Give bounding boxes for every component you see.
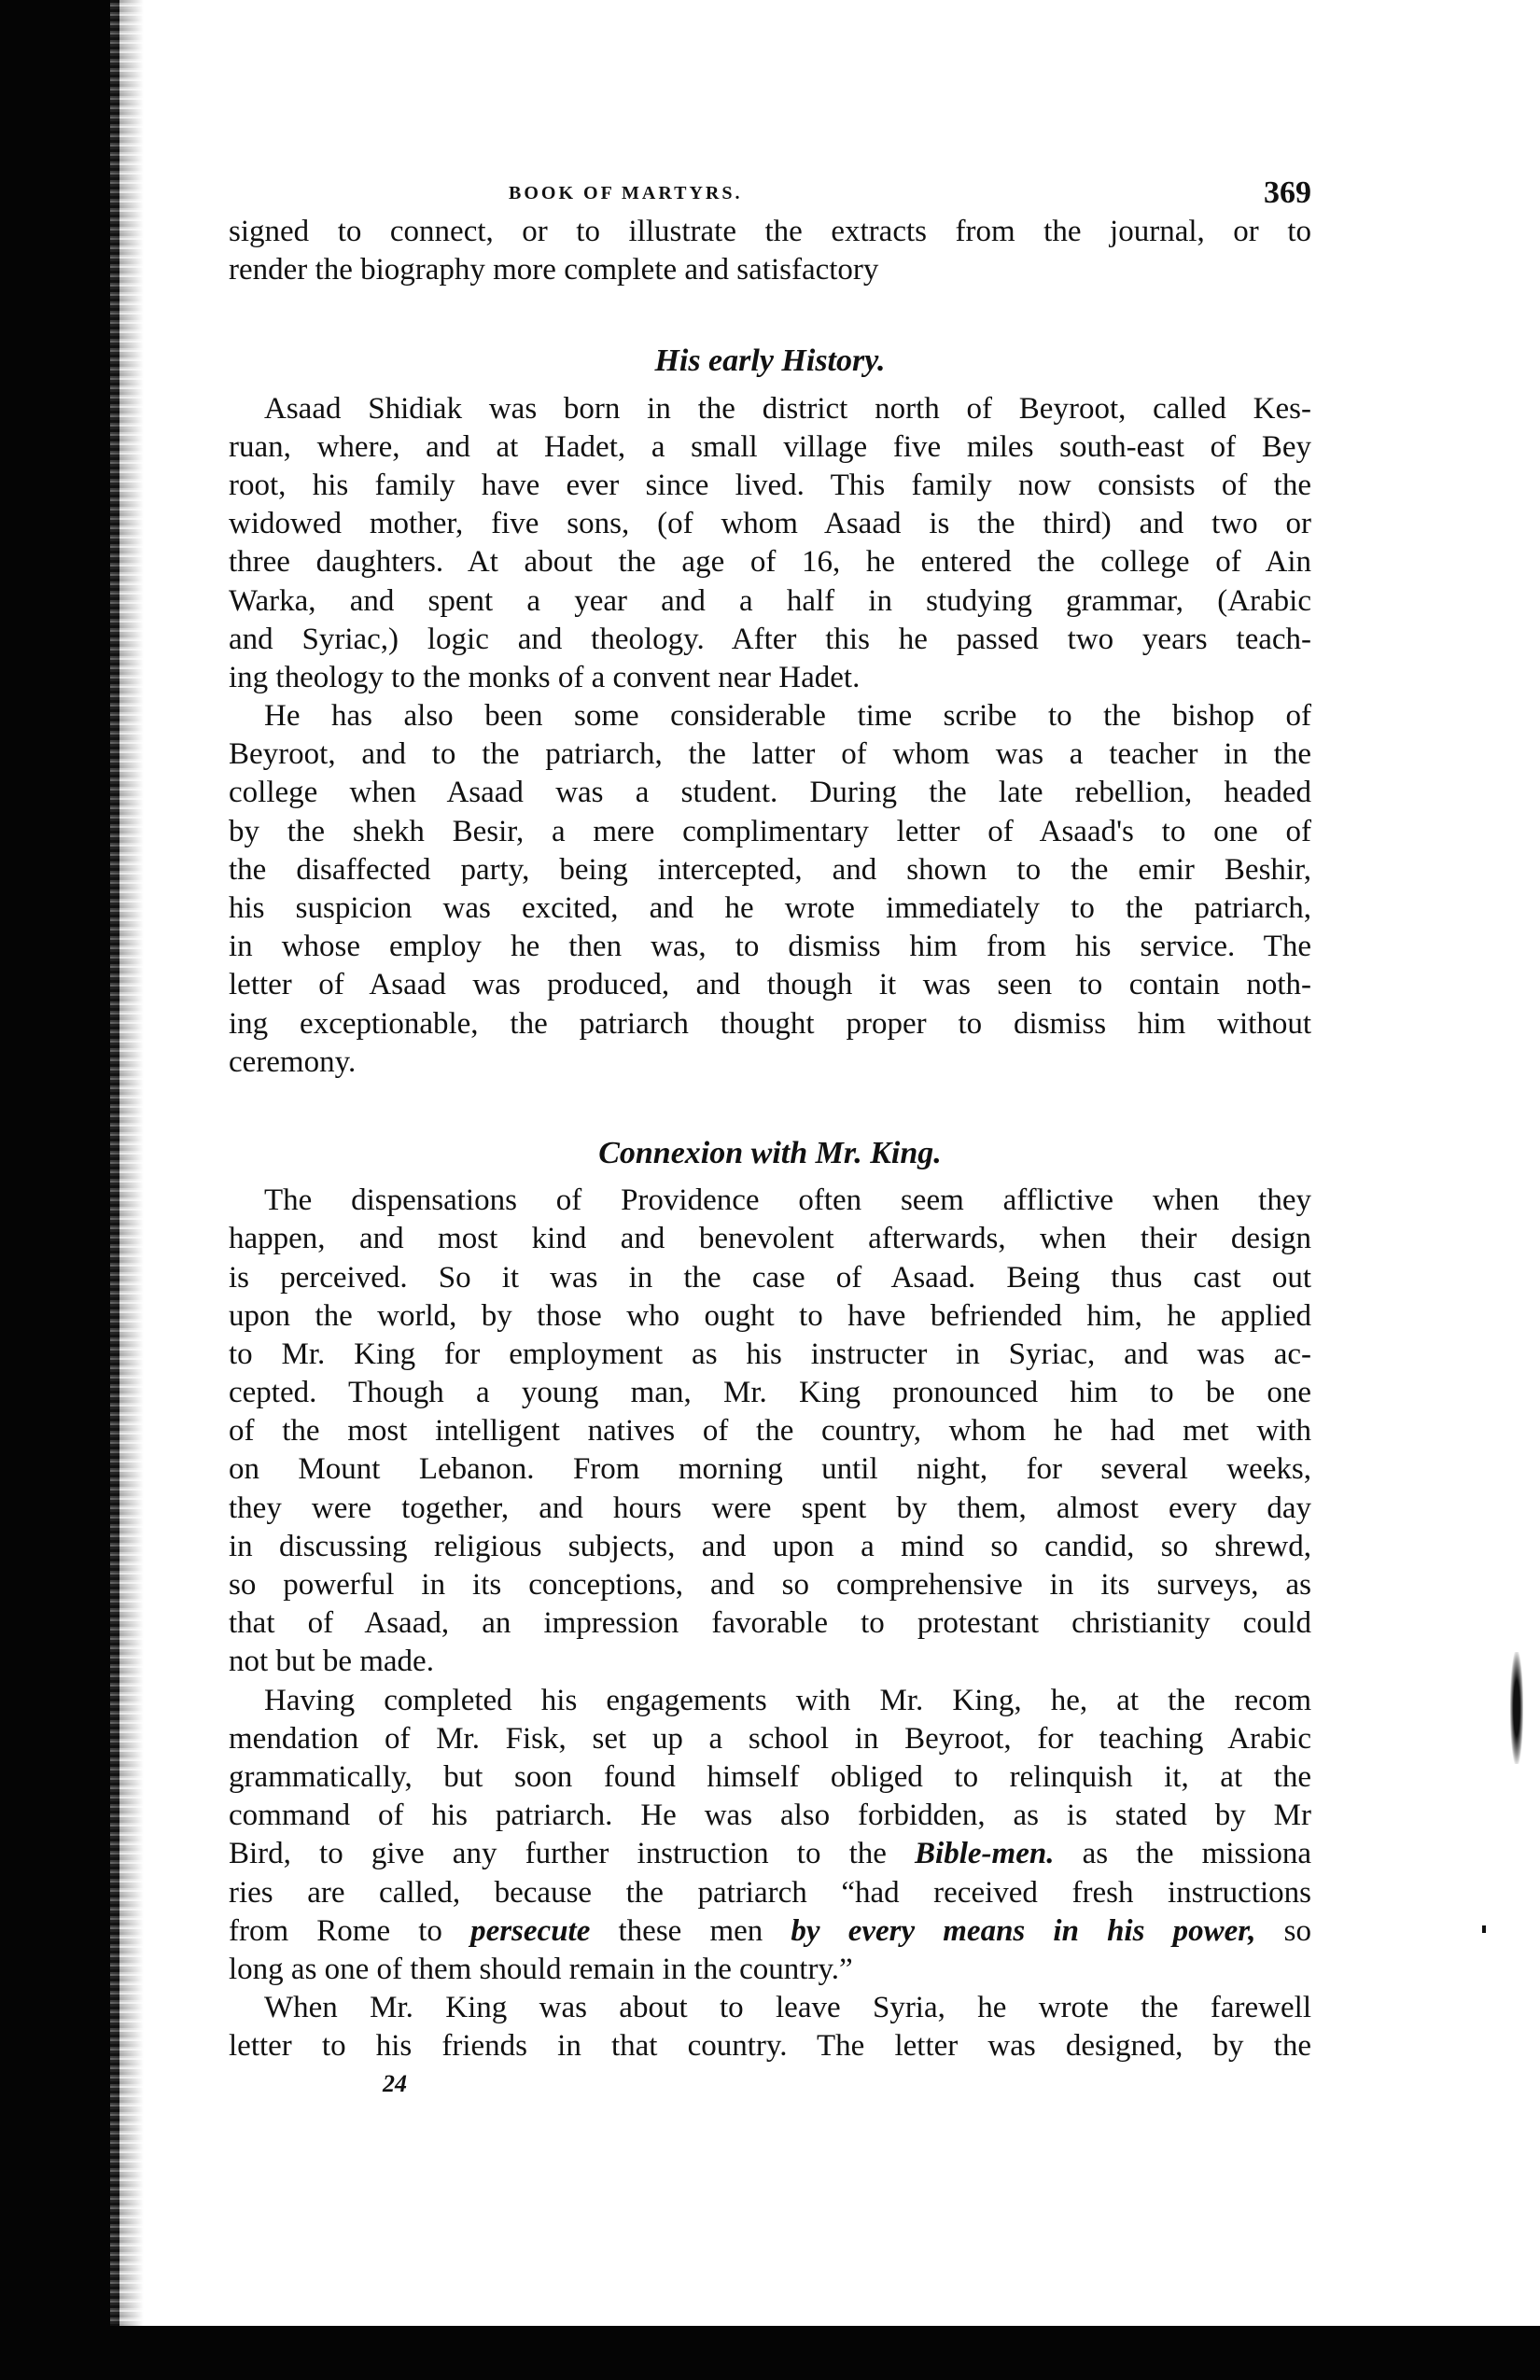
running-head: BOOK OF MARTYRS. 369 — [229, 175, 1311, 213]
text-line: mendation of Mr. Fisk, set up a school i… — [229, 1720, 1311, 1758]
text-line: letter of Asaad was produced, and though… — [229, 966, 1311, 1004]
text-line: Having completed his engagements with Mr… — [229, 1682, 1311, 1720]
text-line: his suspicion was excited, and he wrote … — [229, 889, 1311, 928]
text-line: cepted. Though a young man, Mr. King pro… — [229, 1374, 1311, 1412]
text-line: letter to his friends in that country. T… — [229, 2027, 1311, 2065]
text-line: is perceived. So it was in the case of A… — [229, 1259, 1311, 1297]
text-line: ing exceptionable, the patriarch thought… — [229, 1005, 1311, 1043]
section-heading-early-history: His early History. — [229, 342, 1311, 380]
text-line: The dispensations of Providence often se… — [229, 1182, 1311, 1220]
text-line: Warka, and spent a year and a half in st… — [229, 582, 1311, 621]
page-number: 369 — [1264, 175, 1311, 211]
text-line: ing theology to the monks of a convent n… — [229, 659, 1311, 697]
text-line: long as one of them should remain in the… — [229, 1951, 1311, 1989]
text-line: Asaad Shidiak was born in the district n… — [229, 390, 1311, 428]
text-line: Bird, to give any further instruction to… — [229, 1835, 1311, 1873]
text-line: of the most intelligent natives of the c… — [229, 1412, 1311, 1450]
text-line: so powerful in its conceptions, and so c… — [229, 1566, 1311, 1604]
text-line: root, his family have ever since lived. … — [229, 467, 1311, 505]
text-line: on Mount Lebanon. From morning until nig… — [229, 1450, 1311, 1489]
scan-edge-fringe — [110, 0, 144, 2380]
text-line: render the biography more complete and s… — [229, 251, 1311, 289]
text-line: they were together, and hours were spent… — [229, 1490, 1311, 1528]
text-line: ceremony. — [229, 1043, 1311, 1082]
emphasis-text: persecute — [470, 1914, 590, 1948]
text-line: widowed mother, five sons, (of whom Asaa… — [229, 505, 1311, 543]
text-line: ruan, where, and at Hadet, a small villa… — [229, 428, 1311, 467]
text-line: grammatically, but soon found himself ob… — [229, 1758, 1311, 1797]
signature-mark: 24 — [383, 2070, 407, 2098]
text-line: from Rome to persecute these men by ever… — [229, 1912, 1311, 1951]
text-line: signed to connect, or to illustrate the … — [229, 213, 1311, 251]
running-title: BOOK OF MARTYRS. — [509, 183, 742, 204]
text-line: command of his patriarch. He was also fo… — [229, 1797, 1311, 1835]
text-line: college when Asaad was a student. During… — [229, 774, 1311, 812]
page-body: signed to connect, or to illustrate the … — [229, 213, 1311, 2065]
text-line: He has also been some considerable time … — [229, 697, 1311, 735]
section-heading-connexion-king: Connexion with Mr. King. — [229, 1134, 1311, 1172]
text-line: by the shekh Besir, a mere complimentary… — [229, 813, 1311, 851]
scan-edge-bottom — [0, 2326, 1540, 2380]
text-line: to Mr. King for employment as his instru… — [229, 1336, 1311, 1374]
text-line: Beyroot, and to the patriarch, the latte… — [229, 735, 1311, 774]
text-line: upon the world, by those who ought to ha… — [229, 1297, 1311, 1336]
text-line: not but be made. — [229, 1643, 1311, 1681]
scan-edge-left — [0, 0, 119, 2380]
text-line: in discussing religious subjects, and up… — [229, 1528, 1311, 1566]
text-line: that of Asaad, an impression favorable t… — [229, 1604, 1311, 1643]
emphasis-text: Bible-men. — [915, 1837, 1054, 1870]
text-line: When Mr. King was about to leave Syria, … — [229, 1989, 1311, 2027]
text-line: and Syriac,) logic and theology. After t… — [229, 621, 1311, 659]
text-line: in whose employ he then was, to dismiss … — [229, 928, 1311, 966]
text-line: ries are called, because the patriarch “… — [229, 1874, 1311, 1912]
emphasis-text: by every means in his power, — [791, 1914, 1255, 1948]
ink-smudge — [1510, 1652, 1523, 1764]
text-line: happen, and most kind and benevolent aft… — [229, 1220, 1311, 1258]
text-line: three daughters. At about the age of 16,… — [229, 543, 1311, 581]
ink-speck — [1482, 1925, 1486, 1933]
text-line: the disaffected party, being intercepted… — [229, 851, 1311, 889]
